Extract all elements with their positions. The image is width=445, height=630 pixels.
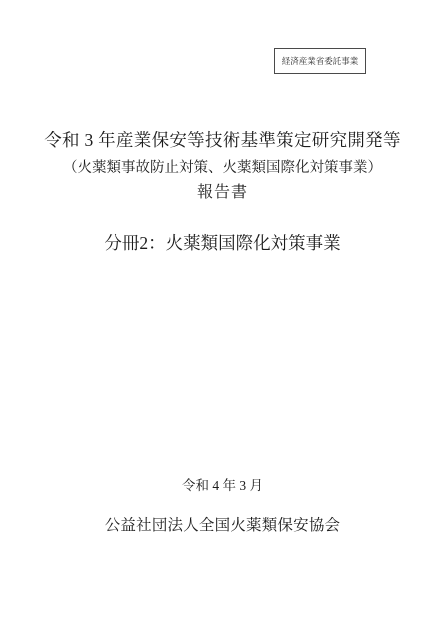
report-cover-page: 経済産業省委託事業 令和 3 年産業保安等技術基準策定研究開発等 （火薬類事故防… bbox=[0, 0, 445, 630]
commission-label: 経済産業省委託事業 bbox=[282, 55, 359, 67]
report-title-line3: 報告書 bbox=[0, 183, 445, 203]
commission-label-box: 経済産業省委託事業 bbox=[274, 48, 366, 74]
report-title-line2: （火薬類事故防止対策、火薬類国際化対策事業） bbox=[0, 158, 445, 178]
report-subtitle: 分冊2：火薬類国際化対策事業 bbox=[0, 231, 445, 255]
publisher-name: 公益社団法人全国火薬類保安協会 bbox=[0, 515, 445, 537]
publication-date: 令和 4 年 3 月 bbox=[0, 476, 445, 495]
report-title-line1: 令和 3 年産業保安等技術基準策定研究開発等 bbox=[0, 129, 445, 152]
